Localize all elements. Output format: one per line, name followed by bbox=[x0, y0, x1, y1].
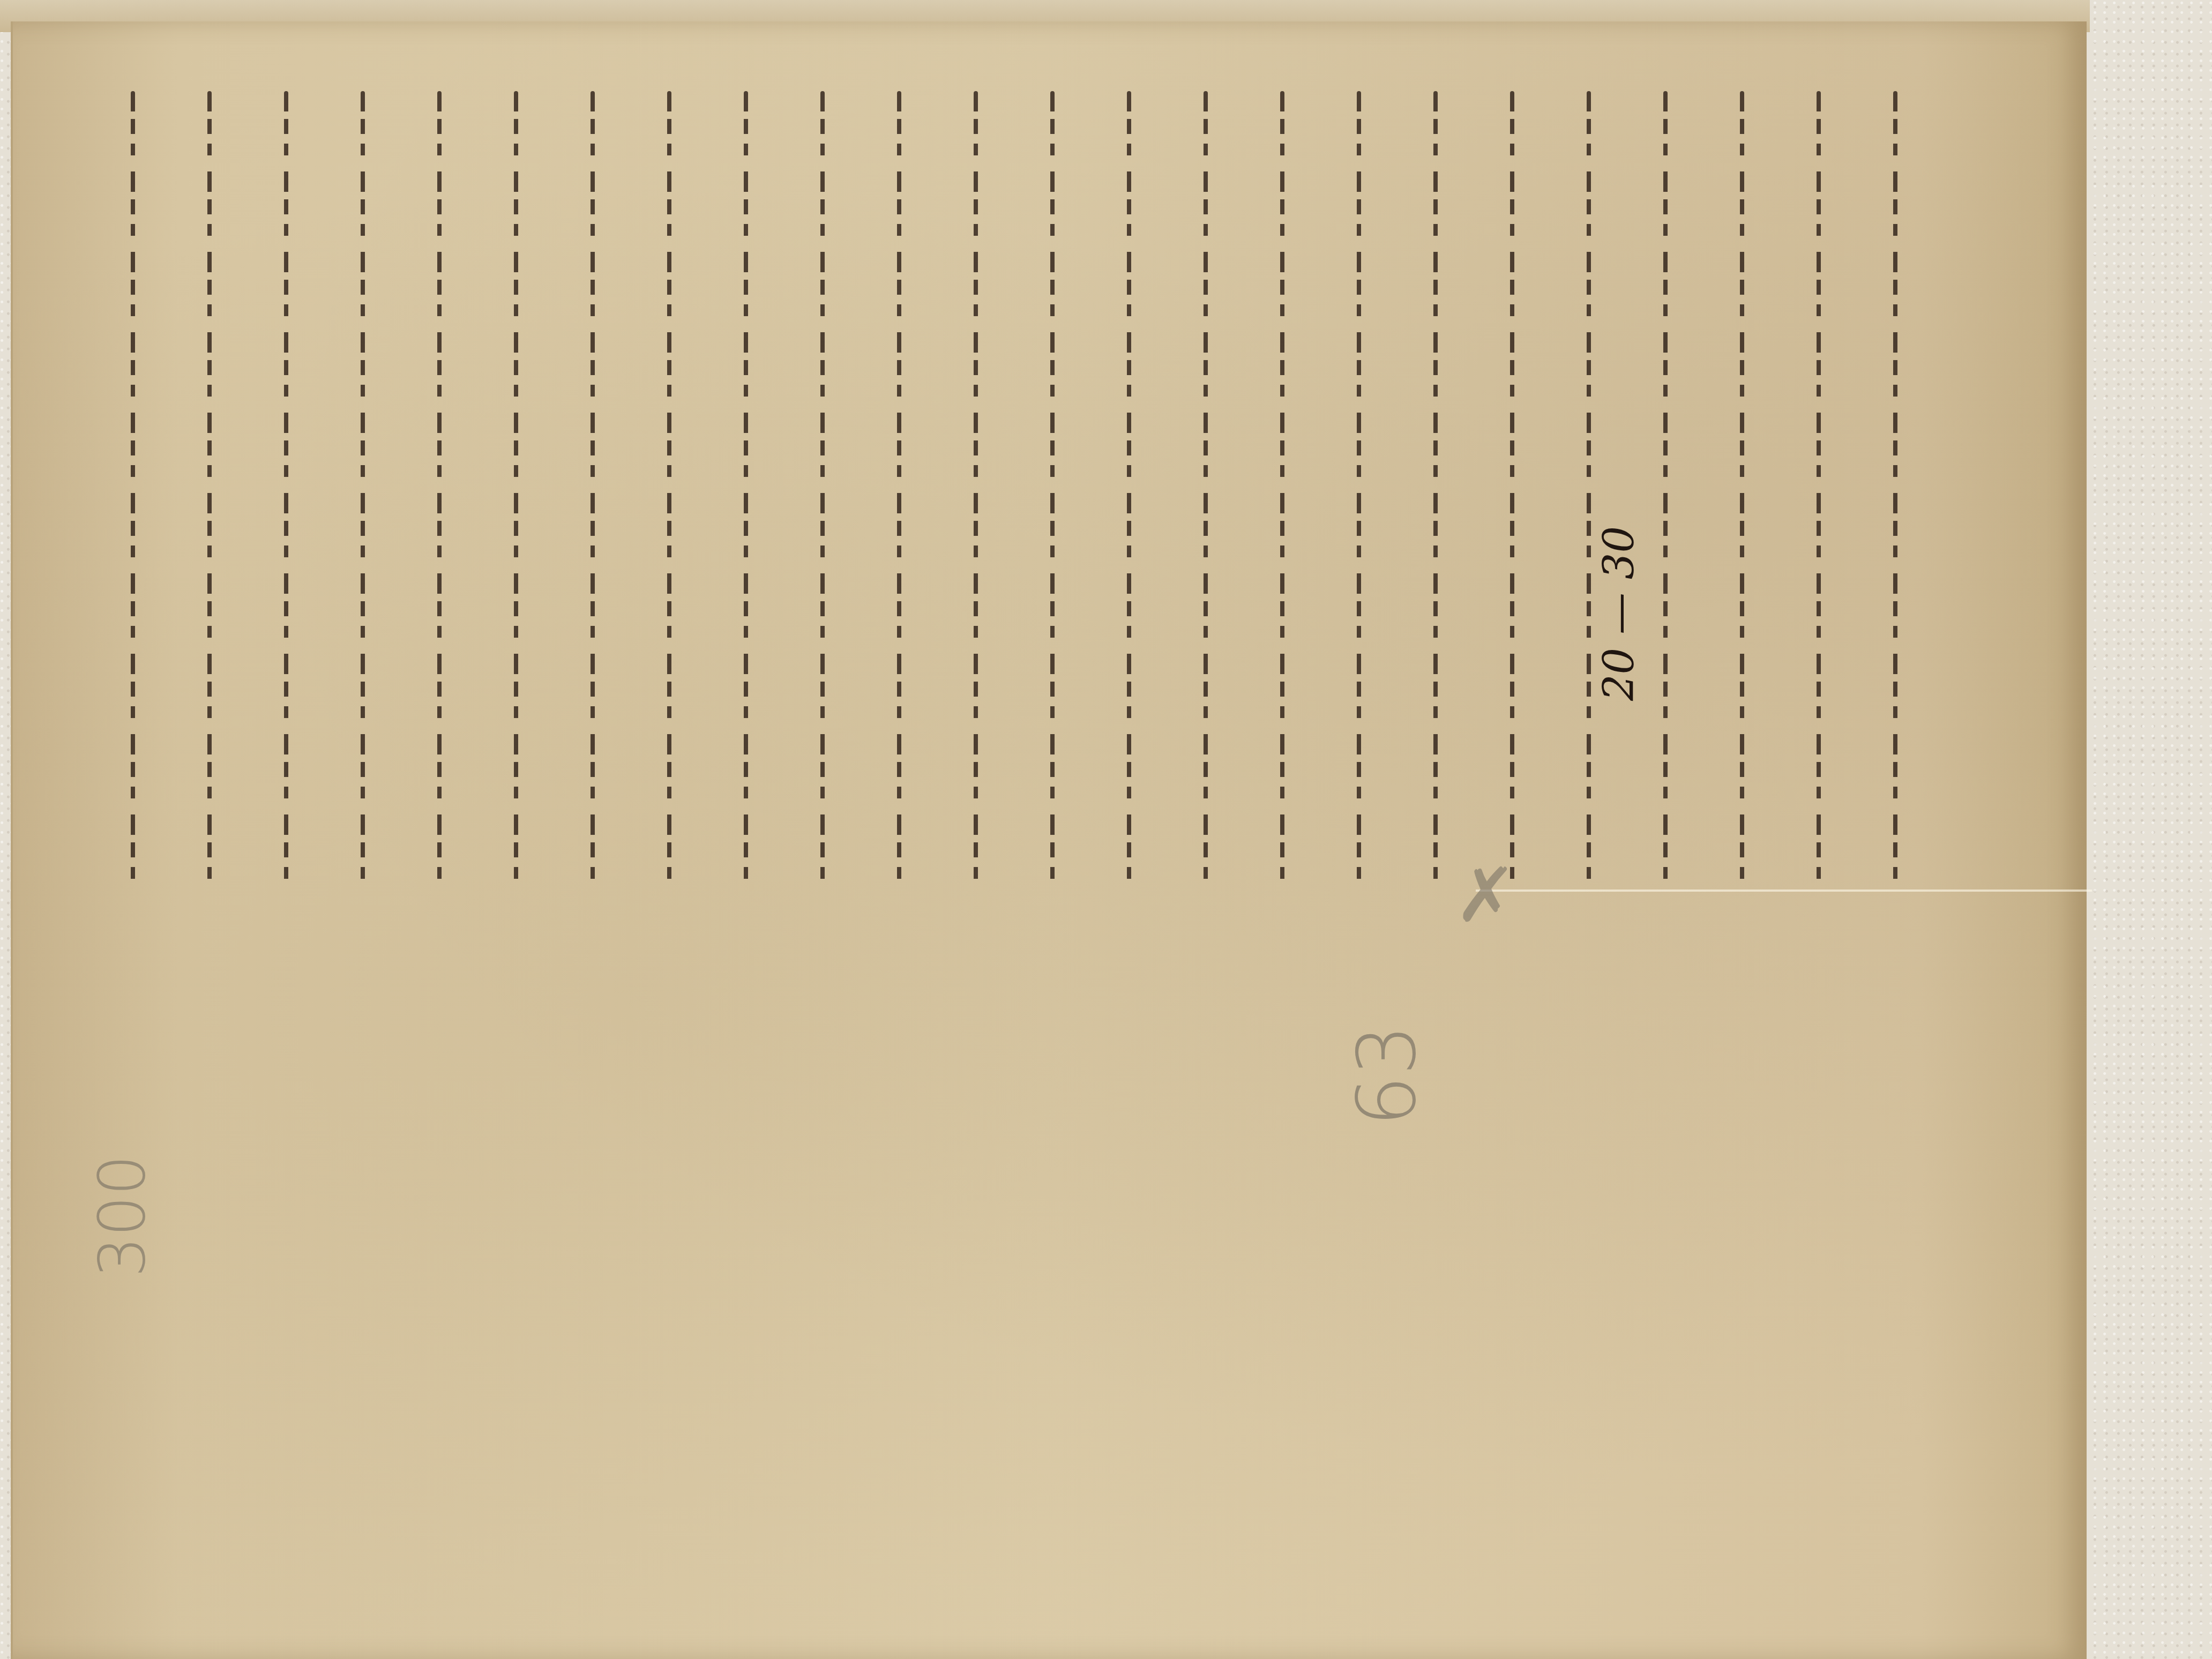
manuscript-line bbox=[1817, 91, 1821, 884]
manuscript-line bbox=[1204, 91, 1208, 895]
manuscript-line bbox=[1663, 91, 1668, 884]
manuscript-line bbox=[284, 91, 288, 895]
ink-number-range: 20 — 30 bbox=[1595, 526, 1643, 701]
manuscript-line bbox=[1433, 91, 1438, 884]
manuscript-line bbox=[667, 91, 671, 895]
pencil-page-number: 300 bbox=[85, 1155, 160, 1277]
manuscript-line bbox=[591, 91, 595, 895]
manuscript-line bbox=[1510, 91, 1514, 884]
manuscript-line bbox=[1127, 91, 1131, 895]
manuscript-line bbox=[1280, 91, 1284, 895]
manuscript-line bbox=[207, 91, 212, 895]
manuscript-line bbox=[1893, 91, 1897, 884]
manuscript-line bbox=[1050, 91, 1055, 895]
insertion-mark-icon: ✗ bbox=[1454, 852, 1517, 939]
handwritten-text-block bbox=[109, 91, 1996, 895]
manuscript-line bbox=[744, 91, 748, 895]
manuscript-line bbox=[437, 91, 442, 895]
pencil-folio-number: 63 bbox=[1341, 1025, 1434, 1127]
manuscript-line bbox=[514, 91, 518, 895]
manuscript-line bbox=[897, 91, 901, 895]
manuscript-line bbox=[1357, 91, 1361, 884]
manuscript-line bbox=[131, 91, 135, 895]
manuscript-page: 300 63 ✗ 20 — 30 bbox=[11, 21, 2087, 1659]
manuscript-line bbox=[1740, 91, 1744, 884]
manuscript-line bbox=[361, 91, 365, 895]
manuscript-line bbox=[974, 91, 978, 895]
manuscript-line bbox=[820, 91, 825, 895]
manuscript-line bbox=[1587, 91, 1591, 884]
